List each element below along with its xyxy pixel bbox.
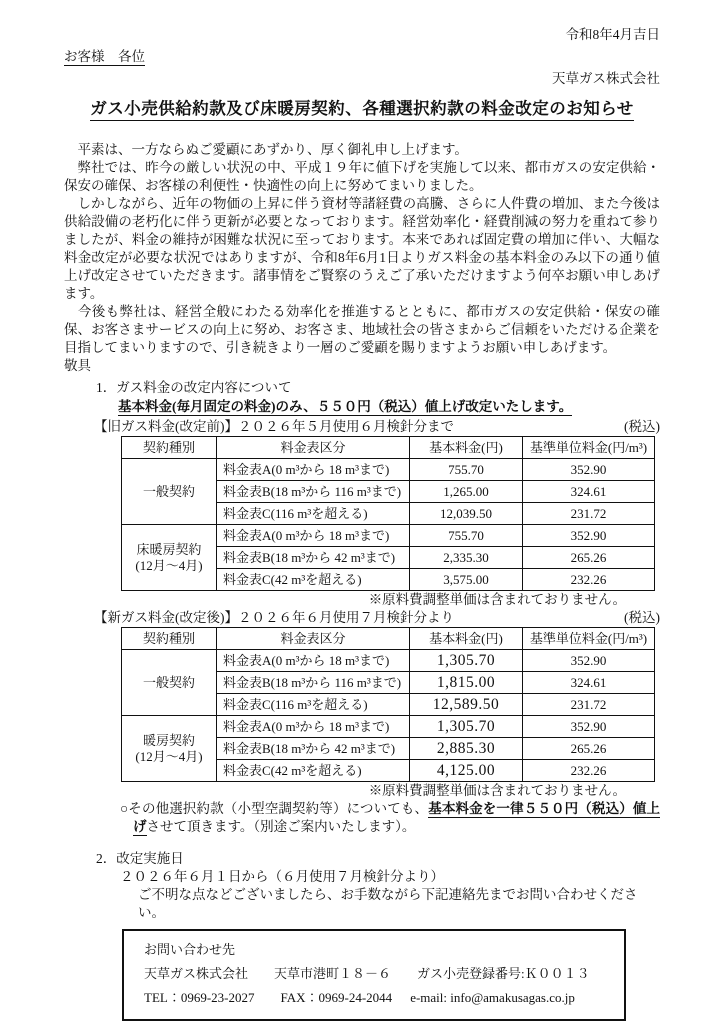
section1-heading: 1．ガス料金の改定内容について: [96, 379, 660, 397]
basic-charge-cell: 1,815.00: [410, 672, 523, 694]
new-price-table-block: (税込) 【新ガス料金(改定後)】２０２６年６月使用７月検針分より 契約種別 料…: [94, 609, 660, 800]
basic-charge-cell: 2,885.30: [410, 738, 523, 760]
new-table-footnote: ※原料費調整単価は含まれておりません。: [94, 782, 626, 800]
paragraph-reason: しかしながら、近年の物価の上昇に伴う資材等諸経費の高騰、さらに人件費の増加、また…: [64, 195, 660, 303]
group-label-text: 暖房契約: [126, 733, 212, 749]
header-contract-type: 契約種別: [122, 437, 217, 459]
paragraph-history: 弊社では、昨今の厳しい状況の中、平成１９年に値下げを実施して以来、都市ガスの安定…: [64, 159, 660, 195]
document-title-line: ガス小売供給約款及び床暖房契約、各種選択約款の料金改定のお知らせ: [64, 100, 660, 119]
table-row: 一般契約 料金表A(0 m³から 18 m³まで) 755.70 352.90: [122, 459, 655, 481]
closing-word: 敬具: [64, 357, 660, 375]
rate-zone-cell: 料金表B(18 m³から 42 m³まで): [217, 738, 410, 760]
unit-rate-cell: 352.90: [523, 525, 655, 547]
table-row: 床暖房契約 (12月～4月) 料金表A(0 m³から 18 m³まで) 755.…: [122, 525, 655, 547]
unit-rate-cell: 352.90: [523, 650, 655, 672]
contact-fax: FAX：0969-24-2044: [280, 990, 392, 1005]
old-table-caption-line: (税込) 【旧ガス料金(改定前)】２０２６年５月使用６月検針分まで: [94, 418, 660, 436]
contact-company: 天草ガス株式会社: [144, 966, 248, 981]
header-basic-charge: 基本料金(円): [410, 437, 523, 459]
table-row: 暖房契約 (12月～4月) 料金表A(0 m³から 18 m³まで) 1,305…: [122, 716, 655, 738]
group-label-text: 一般契約: [126, 484, 212, 500]
rate-zone-cell: 料金表C(116 m³を超える): [217, 694, 410, 716]
header-rate-zone: 料金表区分: [217, 628, 410, 650]
group-label-general: 一般契約: [122, 650, 217, 716]
unit-rate-cell: 352.90: [523, 716, 655, 738]
basic-charge-cell: 1,305.70: [410, 716, 523, 738]
contact-line-company: 天草ガス株式会社天草市港町１８－６ガス小売登録番号:Ｋ００１３: [144, 962, 616, 986]
header-unit-rate: 基準単位料金(円/m³): [523, 628, 655, 650]
section2: 2．改定実施日 ２０２６年６月１日から（６月使用７月検針分より） ご不明な点など…: [64, 850, 660, 922]
rate-zone-cell: 料金表A(0 m³から 18 m³まで): [217, 716, 410, 738]
unit-rate-cell: 324.61: [523, 672, 655, 694]
old-table-tax-label: (税込): [624, 418, 660, 436]
contact-box: お問い合わせ先 天草ガス株式会社天草市港町１８－６ガス小売登録番号:Ｋ００１３ …: [122, 929, 626, 1021]
basic-charge-cell: 1,305.70: [410, 650, 523, 672]
basic-charge-cell: 12,039.50: [410, 503, 523, 525]
basic-charge-cell: 12,589.50: [410, 694, 523, 716]
group-label-months: (12月～4月): [126, 558, 212, 574]
table-row: 一般契約 料金表A(0 m³から 18 m³まで) 1,305.70 352.9…: [122, 650, 655, 672]
new-price-table: 契約種別 料金表区分 基本料金(円) 基準単位料金(円/m³) 一般契約 料金表…: [121, 627, 655, 782]
other-clause-post: させて頂きます。（別途ご案内いたします）。: [147, 819, 416, 834]
document-title: ガス小売供給約款及び床暖房契約、各種選択約款の料金改定のお知らせ: [90, 99, 634, 121]
header-contract-type: 契約種別: [122, 628, 217, 650]
basic-charge-cell: 755.70: [410, 525, 523, 547]
effective-date-line: ２０２６年６月１日から（６月使用７月検針分より）: [120, 868, 660, 886]
body-text: 平素は、一方ならぬご愛顧にあずかり、厚く御礼申し上げます。 弊社では、昨今の厳し…: [64, 141, 660, 375]
new-table-tax-label: (税込): [624, 609, 660, 627]
basic-charge-cell: 1,265.00: [410, 481, 523, 503]
basic-charge-cell: 2,335.30: [410, 547, 523, 569]
section1-lead: 基本料金(毎月固定の料金)のみ、５５０円（税込）値上げ改定いたします。: [118, 398, 660, 416]
unit-rate-cell: 231.72: [523, 503, 655, 525]
group-label-general: 一般契約: [122, 459, 217, 525]
contact-email: e-mail: info@amakusagas.co.jp: [410, 990, 575, 1005]
section1-lead-emphasis: 基本料金(毎月固定の料金)のみ、５５０円（税込）値上げ改定いたします。: [118, 399, 572, 416]
header-unit-rate: 基準単位料金(円/m³): [523, 437, 655, 459]
unit-rate-cell: 324.61: [523, 481, 655, 503]
paragraph-commitment: 今後も弊社は、経営全般にわたる効率化を推進するとともに、都市ガスの安定供給・保安…: [64, 303, 660, 357]
header-basic-charge: 基本料金(円): [410, 628, 523, 650]
recipient-line: お客様 各位: [64, 48, 660, 66]
rate-zone-cell: 料金表C(42 m³を超える): [217, 569, 410, 591]
old-table-caption: 【旧ガス料金(改定前)】２０２６年５月使用６月検針分まで: [94, 419, 454, 434]
group-label-text: 一般契約: [126, 675, 212, 691]
contact-tel: TEL：0969-23-2027: [144, 990, 254, 1005]
table-header-row: 契約種別 料金表区分 基本料金(円) 基準単位料金(円/m³): [122, 437, 655, 459]
contact-address: 天草市港町１８－６: [274, 966, 391, 981]
group-label-months: (12月～4月): [126, 749, 212, 765]
recipient: お客様 各位: [64, 49, 145, 66]
old-table-footnote: ※原料費調整単価は含まれておりません。: [94, 591, 626, 609]
group-label-heating: 暖房契約 (12月～4月): [122, 716, 217, 782]
header-rate-zone: 料金表区分: [217, 437, 410, 459]
section2-heading: 2．改定実施日: [96, 850, 660, 868]
old-price-table: 契約種別 料金表区分 基本料金(円) 基準単位料金(円/m³) 一般契約 料金表…: [121, 436, 655, 591]
issue-date: 令和8年4月吉日: [64, 26, 660, 44]
sender-company: 天草ガス株式会社: [64, 70, 660, 88]
rate-zone-cell: 料金表C(42 m³を超える): [217, 760, 410, 782]
rate-zone-cell: 料金表A(0 m³から 18 m³まで): [217, 650, 410, 672]
basic-charge-cell: 3,575.00: [410, 569, 523, 591]
rate-zone-cell: 料金表A(0 m³から 18 m³まで): [217, 459, 410, 481]
unit-rate-cell: 265.26: [523, 738, 655, 760]
contact-title: お問い合わせ先: [144, 938, 616, 962]
rate-zone-cell: 料金表A(0 m³から 18 m³まで): [217, 525, 410, 547]
unit-rate-cell: 232.26: [523, 569, 655, 591]
rate-zone-cell: 料金表C(116 m³を超える): [217, 503, 410, 525]
unit-rate-cell: 352.90: [523, 459, 655, 481]
rate-zone-cell: 料金表B(18 m³から 116 m³まで): [217, 672, 410, 694]
rate-zone-cell: 料金表B(18 m³から 42 m³まで): [217, 547, 410, 569]
contact-line-phone: TEL：0969-23-2027FAX：0969-24-2044e-mail: …: [144, 986, 616, 1010]
paragraph-greeting: 平素は、一方ならぬご愛顧にあずかり、厚く御礼申し上げます。: [64, 141, 660, 159]
old-price-table-block: (税込) 【旧ガス料金(改定前)】２０２６年５月使用６月検針分まで 契約種別 料…: [94, 418, 660, 609]
group-label-text: 床暖房契約: [126, 542, 212, 558]
rate-zone-cell: 料金表B(18 m³から 116 m³まで): [217, 481, 410, 503]
unit-rate-cell: 265.26: [523, 547, 655, 569]
new-table-caption: 【新ガス料金(改定後)】２０２６年６月使用７月検針分より: [94, 610, 454, 625]
new-table-caption-line: (税込) 【新ガス料金(改定後)】２０２６年６月使用７月検針分より: [94, 609, 660, 627]
other-clause-pre: ○その他選択約款（小型空調契約等）についても、: [120, 801, 428, 816]
group-label-floor-heating: 床暖房契約 (12月～4月): [122, 525, 217, 591]
inquiry-note: ご不明な点などございましたら、お手数ながら下記連絡先までお問い合わせください。: [138, 886, 660, 922]
unit-rate-cell: 231.72: [523, 694, 655, 716]
other-optional-terms-clause: ○その他選択約款（小型空調契約等）についても、基本料金を一律５５０円（税込）値上…: [64, 800, 660, 836]
table-header-row: 契約種別 料金表区分 基本料金(円) 基準単位料金(円/m³): [122, 628, 655, 650]
unit-rate-cell: 232.26: [523, 760, 655, 782]
contact-registration: ガス小売登録番号:Ｋ００１３: [417, 966, 590, 981]
document-page: 令和8年4月吉日 お客様 各位 天草ガス株式会社 ガス小売供給約款及び床暖房契約…: [0, 0, 724, 1024]
basic-charge-cell: 4,125.00: [410, 760, 523, 782]
basic-charge-cell: 755.70: [410, 459, 523, 481]
